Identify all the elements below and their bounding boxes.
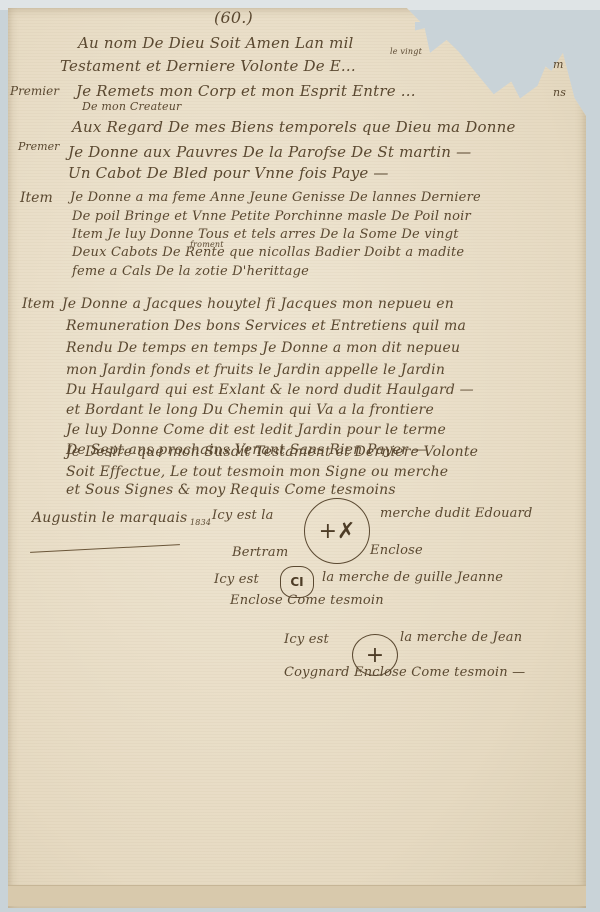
para1-line2: De mon Createur	[82, 100, 181, 113]
margin-label: Item	[22, 296, 55, 312]
sig2-line2: Enclose Come tesmoin	[230, 593, 384, 608]
signature-note: 1834	[190, 518, 211, 527]
para6-line1: Je Desire que mon Susdit Testament et De…	[66, 444, 478, 460]
header-line-1: Au nom De Dieu Soit Amen Lan mil	[78, 34, 354, 52]
para4-line5: feme a Cals De la zotie D'herittage	[72, 264, 309, 279]
para6-line3: et Sous Signes & moy Requis Come tesmoin…	[66, 482, 396, 498]
para5-line1: Je Donne a Jacques houytel fi Jacques mo…	[62, 296, 454, 312]
sig2-suffix: la merche de guille Jeanne	[322, 570, 503, 585]
sig1-name: Bertram	[232, 545, 288, 560]
para2-line1: Aux Regard De mes Biens temporels que Di…	[72, 118, 516, 136]
margin-label: Premier	[10, 84, 59, 98]
para3-line1: Je Donne aux Pauvres De la Parofse De St…	[68, 143, 471, 161]
sig3-prefix: Icy est	[284, 632, 329, 647]
para4-line4: Deux Cabots De Rente que nicollas Badier…	[72, 245, 464, 260]
para4-line2: De poil Bringe et Vnne Petite Porchinne …	[72, 209, 471, 224]
para6-line2: Soit Effectue, Le tout tesmoin mon Signe…	[66, 464, 448, 480]
torn-fragment: ns	[553, 86, 566, 99]
para3-line2: Un Cabot De Bled pour Vnne fois Paye —	[68, 164, 389, 182]
sig1-suffix: merche dudit Edouard	[380, 506, 533, 521]
sig1-prefix: Icy est la	[212, 508, 274, 523]
torn-fragment: m	[553, 58, 564, 71]
sig1-enclose: Enclose	[370, 543, 423, 558]
cross-mark-icon: +✗	[304, 498, 370, 564]
para5-line2: Remuneration Des bons Services et Entret…	[66, 318, 466, 334]
para5-line6: et Bordant le long Du Chemin qui Va a la…	[66, 402, 434, 418]
signature-augustin: Augustin le marquais	[32, 510, 187, 526]
para5-line3: Rendu De temps en temps Je Donne a mon d…	[66, 340, 460, 356]
para5-line5: Du Haulgard qui est Exlant & le nord dud…	[66, 382, 474, 398]
para4-line1: Je Donne a ma feme Anne Jeune Genisse De…	[70, 190, 481, 205]
header-insert: le vingt	[390, 47, 422, 56]
sig3-suffix: la merche de Jean	[400, 630, 522, 645]
header-line-2: Testament et Derniere Volonte De E...	[60, 57, 356, 75]
folded-bottom-edge	[8, 885, 586, 906]
margin-label: Premer	[18, 140, 59, 153]
sig3-line2: Coygnard Enclose Come tesmoin —	[284, 665, 525, 680]
page-number: (60.)	[214, 8, 253, 27]
margin-label: Item	[20, 190, 53, 206]
para1-line1: Je Remets mon Corp et mon Esprit Entre .…	[76, 82, 416, 100]
para4-line3: Item Je luy Donne Tous et tels arres De …	[72, 227, 459, 242]
para5-line7: Je luy Donne Come dit est ledit Jardin p…	[66, 422, 446, 438]
sig2-prefix: Icy est	[214, 572, 259, 587]
para5-line4: mon Jardin fonds et fruits le Jardin app…	[66, 362, 445, 378]
